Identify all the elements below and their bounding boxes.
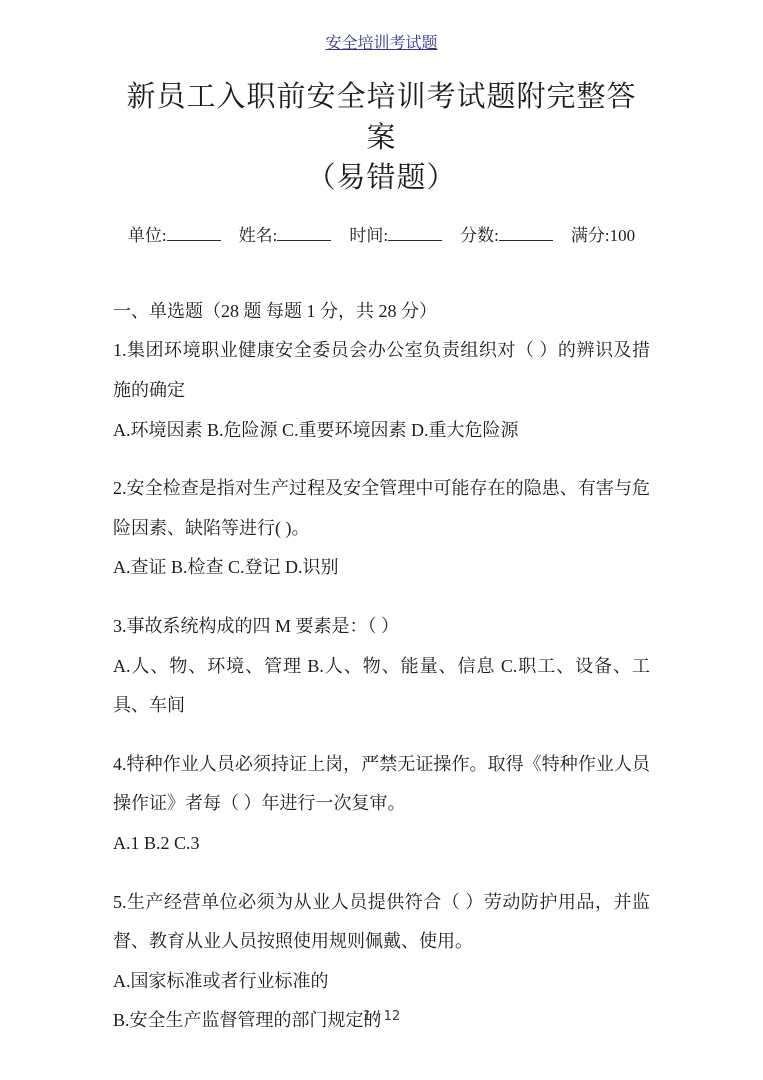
exam-info-field: 分数: bbox=[460, 221, 553, 246]
question-block: 1.集团环境职业健康安全委员会办公室负责组织对（ ）的辨识及措施的确定A.环境因… bbox=[113, 331, 650, 450]
exam-info-field: 姓名: bbox=[239, 221, 332, 246]
fill-in-blank[interactable] bbox=[277, 225, 331, 241]
exam-info-field: 满分:100 bbox=[571, 221, 635, 246]
question-text: 2.安全检查是指对生产过程及安全管理中可能存在的隐患、有害与危险因素、缺陷等进行… bbox=[113, 469, 650, 548]
title-line-2: （易错题） bbox=[306, 162, 456, 194]
document-page: 安全培训考试题 新员工入职前安全培训考试题附完整答案 （易错题） 单位:姓名:时… bbox=[0, 0, 763, 1080]
question-text: 4.特种作业人员必须持证上岗，严禁无证操作。取得《特种作业人员操作证》者每（ ）… bbox=[113, 745, 650, 824]
document-title: 新员工入职前安全培训考试题附完整答案 （易错题） bbox=[113, 77, 650, 199]
exam-info-line: 单位:姓名:时间:分数:满分:100 bbox=[93, 221, 670, 246]
question-options: A.环境因素 B.危险源 C.重要环境因素 D.重大危险源 bbox=[113, 411, 650, 451]
question-options: A.查证 B.检查 C.登记 D.识别 bbox=[113, 548, 650, 588]
page-footer: 1 / 12 bbox=[0, 1009, 763, 1024]
fill-in-blank[interactable] bbox=[388, 225, 442, 241]
question-options: A.人、物、环境、管理 B.人、物、能量、信息 C.职工、设备、工具、车间 bbox=[113, 647, 650, 726]
fill-in-blank[interactable] bbox=[167, 225, 221, 241]
document-header: 安全培训考试题 bbox=[113, 30, 650, 53]
page-number: 1 / 12 bbox=[363, 1009, 400, 1024]
exam-info-field: 时间: bbox=[349, 221, 442, 246]
question-text: 5.生产经营单位必须为从业人员提供符合（ ）劳动防护用品，并监督、教育从业人员按… bbox=[113, 883, 650, 962]
title-line-1: 新员工入职前安全培训考试题附完整答案 bbox=[126, 81, 636, 154]
question-options: A.1 B.2 C.3 bbox=[113, 824, 650, 864]
question-options: A.国家标准或者行业标准的 bbox=[113, 962, 650, 1002]
question-text: 3.事故系统构成的四 M 要素是：（ ） bbox=[113, 607, 650, 647]
section-heading: 一、单选题（28 题 每题 1 分，共 28 分） bbox=[113, 292, 650, 332]
fill-in-blank[interactable] bbox=[499, 225, 553, 241]
exam-info-field: 单位: bbox=[128, 221, 221, 246]
questions-list: 1.集团环境职业健康安全委员会办公室负责组织对（ ）的辨识及措施的确定A.环境因… bbox=[113, 331, 650, 1041]
header-link[interactable]: 安全培训考试题 bbox=[325, 35, 437, 52]
question-text: 1.集团环境职业健康安全委员会办公室负责组织对（ ）的辨识及措施的确定 bbox=[113, 331, 650, 410]
question-block: 2.安全检查是指对生产过程及安全管理中可能存在的隐患、有害与危险因素、缺陷等进行… bbox=[113, 469, 650, 588]
question-block: 4.特种作业人员必须持证上岗，严禁无证操作。取得《特种作业人员操作证》者每（ ）… bbox=[113, 745, 650, 864]
question-block: 3.事故系统构成的四 M 要素是：（ ）A.人、物、环境、管理 B.人、物、能量… bbox=[113, 607, 650, 726]
